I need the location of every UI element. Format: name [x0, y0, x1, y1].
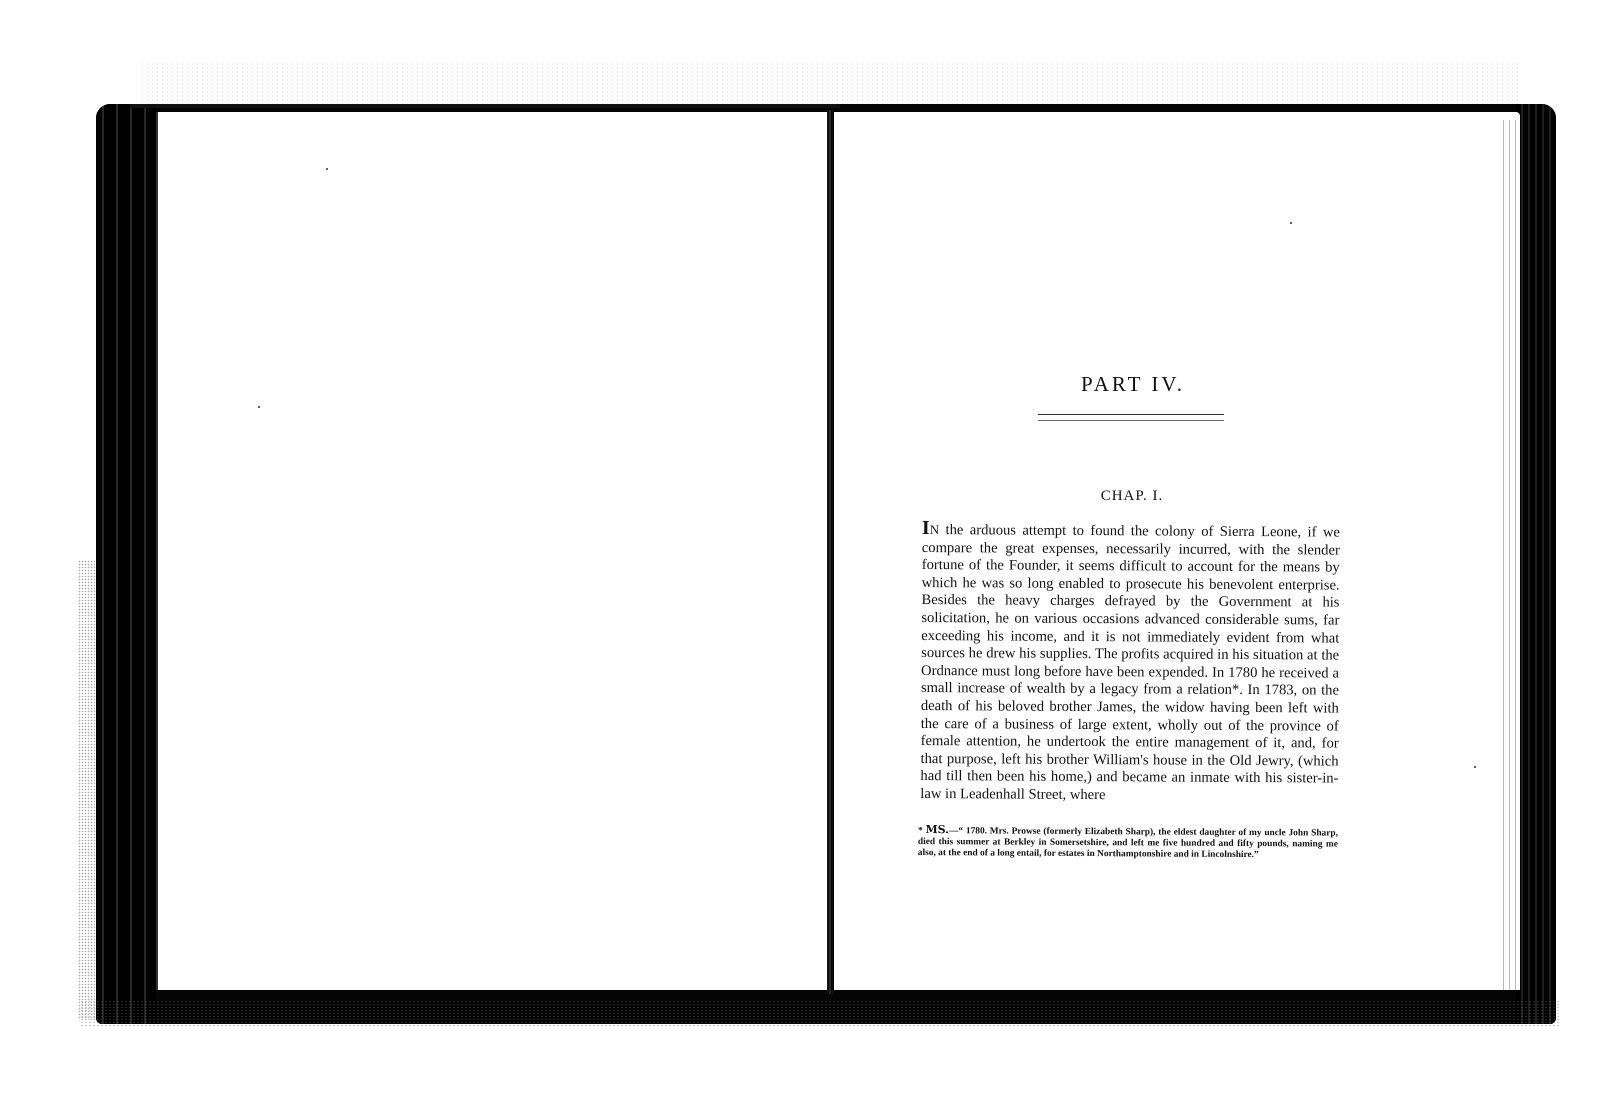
scan-speck — [326, 168, 328, 170]
first-word-rest: N — [930, 522, 939, 537]
drop-cap: I — [922, 517, 930, 539]
part-heading: PART IV. — [1000, 372, 1266, 397]
scan-noise-bottom — [80, 1000, 1560, 1026]
chapter-heading: CHAP. I. — [1032, 488, 1232, 505]
page-fore-edge — [1500, 120, 1518, 990]
chapter-body-text: IN the arduous attempt to found the colo… — [920, 521, 1340, 806]
left-page-blank — [156, 112, 830, 990]
footnote-marker: * — [918, 826, 923, 836]
scan-speck — [1474, 766, 1476, 768]
heading-rule — [1038, 414, 1224, 421]
body-paragraph: the arduous attempt to found the colony … — [920, 522, 1340, 803]
manuscript-label: MS. — [925, 823, 949, 836]
footnote-text: —“ 1780. Mrs. Prowse (formerly Elizabeth… — [918, 826, 1338, 860]
footnote: * MS.—“ 1780. Mrs. Prowse (formerly Eliz… — [918, 824, 1338, 862]
book-gutter — [827, 110, 833, 994]
scan-speck — [1290, 222, 1292, 224]
left-page-top-edge — [130, 104, 840, 108]
scan-speck — [258, 406, 260, 408]
